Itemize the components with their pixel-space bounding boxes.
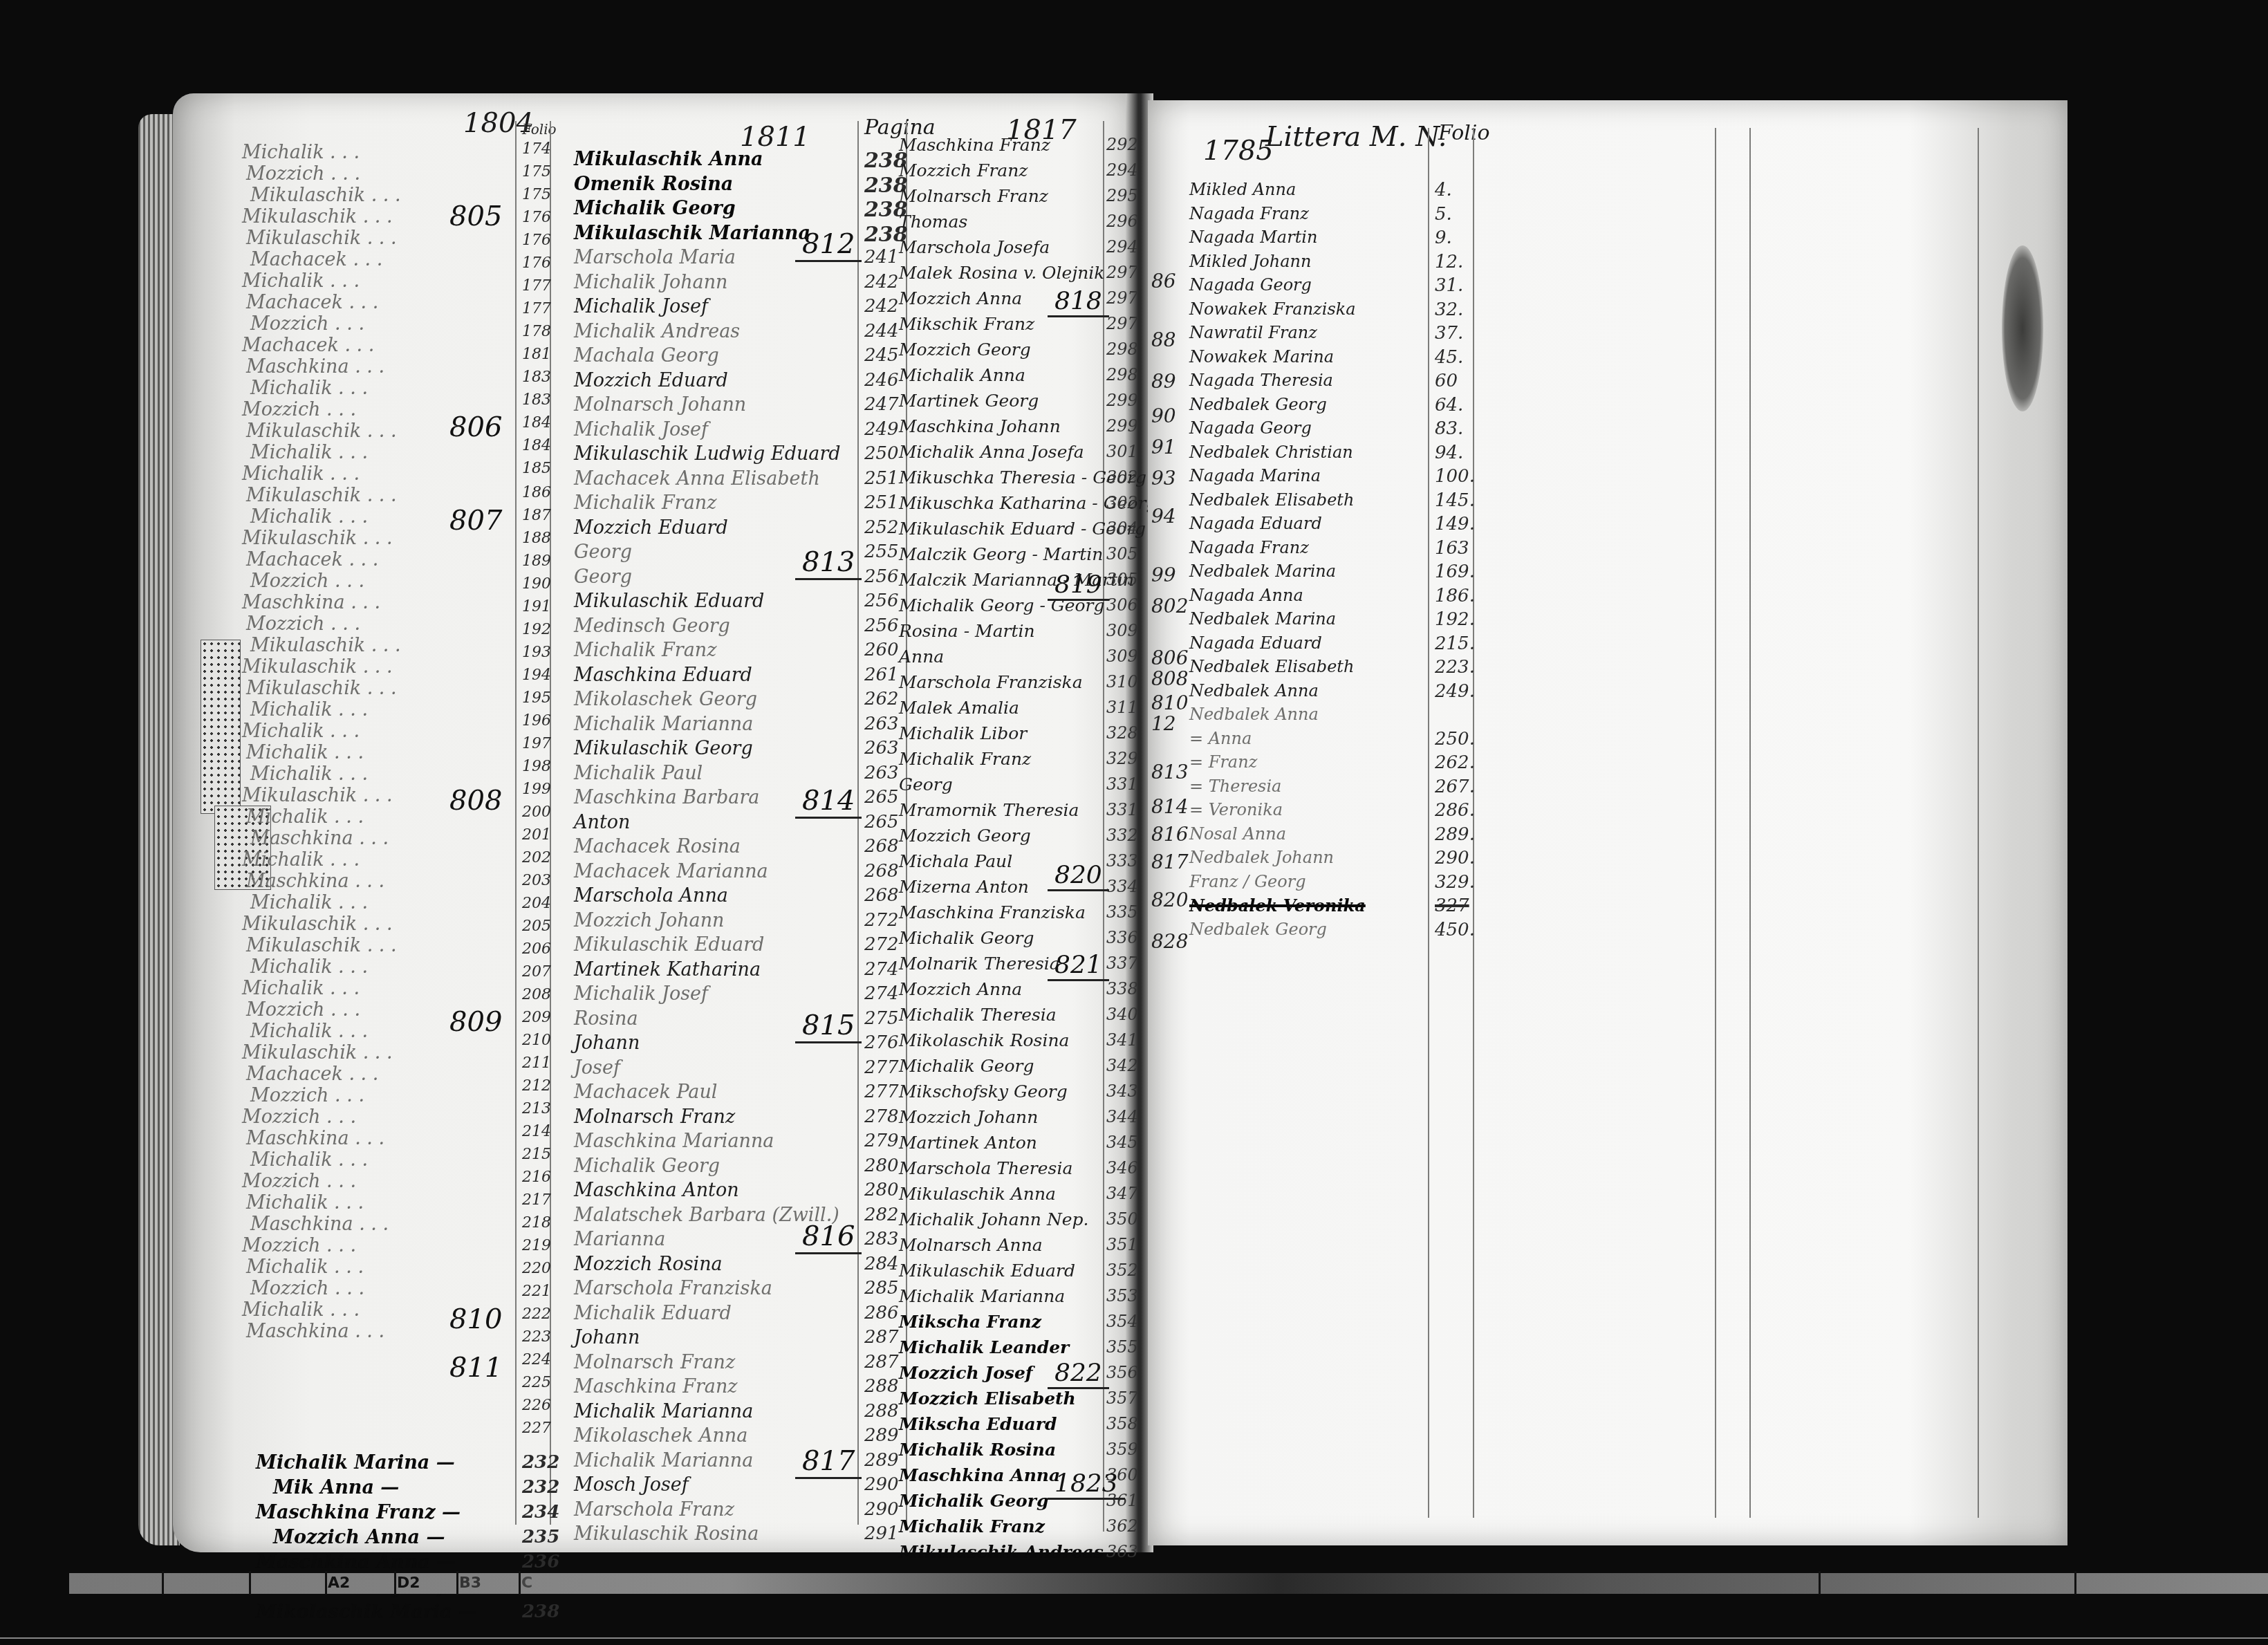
list-item: Mozzich Johann xyxy=(574,910,724,931)
folio-number: 272 xyxy=(864,910,899,931)
list-item: Mozzich Anna — xyxy=(273,1527,445,1548)
list-item: Martinek Katharina xyxy=(574,959,761,981)
ruler-tick xyxy=(519,1571,521,1595)
folio-number: 358 xyxy=(1106,1414,1138,1433)
folio-number: 299 xyxy=(1106,416,1138,436)
list-item: Marschola Franziska xyxy=(899,672,1083,692)
column-rule xyxy=(1473,128,1474,1518)
folio-number: 12. xyxy=(1435,252,1463,272)
folio-number: 356 xyxy=(1106,1363,1138,1382)
list-item: Mozzich Georg xyxy=(899,826,1031,846)
folio-number: 249. xyxy=(1435,681,1475,702)
ruler-tick xyxy=(2074,1571,2076,1595)
folio-number: 210 xyxy=(522,1032,551,1049)
folio-number: 256 xyxy=(864,615,899,636)
folio-number: 212 xyxy=(522,1077,551,1095)
list-item: Mik Anna — xyxy=(273,1477,399,1498)
list-item: Johann xyxy=(574,1327,640,1348)
folio-number: 235 xyxy=(522,1527,559,1548)
folio-number: 241 xyxy=(864,247,899,268)
folio-number: 331 xyxy=(1106,774,1138,794)
dotted-tab-marker xyxy=(201,640,241,814)
year-marker: 817 xyxy=(1151,851,1188,873)
list-item: Michalik . . . xyxy=(242,721,360,742)
list-item: Michalik . . . xyxy=(250,442,368,463)
folio-number: 267. xyxy=(1435,777,1475,797)
folio-number: 226 xyxy=(522,1397,551,1414)
list-item: Machala Georg xyxy=(574,345,719,366)
list-item: Michalik . . . xyxy=(250,699,368,721)
list-item: Mosch Josef xyxy=(574,1474,689,1496)
list-item: Machacek . . . xyxy=(250,249,382,270)
folio-number: 282 xyxy=(864,1205,899,1225)
folio-number: 188 xyxy=(522,530,551,547)
year-marker: 99 xyxy=(1151,564,1176,586)
list-item: Malek Rosina v. Olejnik xyxy=(899,263,1104,283)
folio-number: 357 xyxy=(1106,1388,1138,1408)
folio-number: 215. xyxy=(1435,633,1475,654)
folio-number: 195 xyxy=(522,689,551,707)
list-item: Machacek . . . xyxy=(242,335,374,356)
list-item: Machacek Paul xyxy=(574,1081,717,1103)
folio-number: 256 xyxy=(864,566,899,587)
list-item: Mozzich . . . xyxy=(246,163,360,185)
list-item: Mozzich Johann xyxy=(899,1107,1038,1127)
folio-number: 185 xyxy=(522,460,551,477)
ruler-tick xyxy=(325,1571,327,1595)
folio-number: 198 xyxy=(522,758,551,775)
list-item: Mikulaschik Eduard xyxy=(574,591,764,612)
folio-number: 336 xyxy=(1106,928,1138,947)
list-item: Nowakek Franziska xyxy=(1189,299,1356,319)
list-item: Malczik Georg - Martin xyxy=(899,544,1103,564)
folio-number: 223. xyxy=(1435,657,1475,678)
list-item: Josef xyxy=(574,1057,620,1079)
folio-number: 184 xyxy=(522,437,551,454)
folio-number: 274 xyxy=(864,983,899,1004)
list-item: Machacek . . . xyxy=(246,549,378,570)
folio-number: 225 xyxy=(522,1374,551,1391)
list-item: Mozzich Anna xyxy=(899,288,1022,308)
folio-number: 223 xyxy=(522,1328,551,1346)
folio-number: 149. xyxy=(1435,514,1475,535)
folio-number: 340 xyxy=(1106,1005,1138,1024)
left-page: 1804 Folio Michalik . . .Mozzich . . .Mi… xyxy=(173,93,1131,1552)
folio-number: 251 xyxy=(864,468,899,489)
folio-number: 250. xyxy=(1435,729,1475,750)
list-item: Mozzich Rosina xyxy=(574,1254,723,1275)
list-item: Mozzich Franz xyxy=(899,160,1028,180)
folio-number: 304 xyxy=(1106,519,1138,538)
folio-number: 268 xyxy=(864,885,899,906)
folio-number: 214 xyxy=(522,1123,551,1140)
folio-number: 209 xyxy=(522,1009,551,1026)
folio-number: 176 xyxy=(522,209,551,226)
year-marker: 807 xyxy=(443,505,509,537)
folio-number: 238 xyxy=(522,1601,559,1622)
folio-number: 353 xyxy=(1106,1286,1138,1305)
list-item: Nedbalek Marina xyxy=(1189,609,1336,629)
folio-number: 236 xyxy=(522,1552,559,1572)
list-item: Mikulaschik . . . xyxy=(242,206,393,227)
folio-number: 220 xyxy=(522,1260,551,1277)
year-marker: 805 xyxy=(443,201,509,232)
folio-number: 302 xyxy=(1106,467,1138,487)
folio-number: 177 xyxy=(522,277,551,295)
list-item: Rosina xyxy=(574,1008,638,1030)
list-item: Nedbalek Anna xyxy=(1189,681,1319,700)
list-item: Michalik Leander xyxy=(899,1337,1069,1357)
folio-number: 333 xyxy=(1106,851,1138,871)
list-item: Molnarik Theresia xyxy=(899,954,1060,974)
folio-number: 204 xyxy=(522,895,551,912)
list-item: Mozzich . . . xyxy=(242,1171,356,1192)
list-item: Michalik Johann Nep. xyxy=(899,1209,1089,1229)
list-item: Molnarsch Franz xyxy=(574,1352,735,1373)
list-item: Nedbalek Anna xyxy=(1189,705,1319,724)
list-item: Mikulaschik . . . xyxy=(242,1042,393,1063)
list-item: Michalik Marianna xyxy=(574,1401,753,1422)
year-marker: 816 xyxy=(1151,823,1188,846)
list-item: Johann xyxy=(574,1032,640,1054)
list-item: Franz / Georg xyxy=(1189,872,1306,891)
list-item: Mikulaschik . . . xyxy=(250,635,401,656)
list-item: Michalik . . . xyxy=(250,763,368,785)
folio-number: 351 xyxy=(1106,1235,1138,1254)
folio-number: 175 xyxy=(522,163,551,180)
list-item: Mozzich Anna xyxy=(899,979,1022,999)
list-item: Mikulaschik . . . xyxy=(242,913,393,935)
list-item: = Franz xyxy=(1189,752,1257,772)
year-marker: 89 xyxy=(1151,370,1176,393)
year-marker: 819 xyxy=(1048,570,1109,601)
folio-number: 208 xyxy=(522,986,551,1003)
year-marker: 1823 xyxy=(1048,1469,1125,1500)
folio-number: 200 xyxy=(522,803,551,821)
folio-number: 219 xyxy=(522,1237,551,1254)
folio-number: 262 xyxy=(864,689,899,709)
list-item: = Veronika xyxy=(1189,800,1283,819)
list-item: Malek Amalia xyxy=(899,698,1019,718)
folio-number: 178 xyxy=(522,323,551,340)
folio-number: 218 xyxy=(522,1214,551,1232)
folio-number: 4. xyxy=(1435,180,1452,201)
year-marker: 812 xyxy=(795,228,862,262)
list-item: Maschkina Franziska xyxy=(899,902,1086,922)
year-marker: 820 xyxy=(1151,889,1188,911)
folio-number: 263 xyxy=(864,763,899,783)
folio-number: 341 xyxy=(1106,1030,1138,1050)
folio-number: 261 xyxy=(864,664,899,685)
folio-number: 207 xyxy=(522,963,551,981)
folio-number: 260 xyxy=(864,640,899,660)
list-item: Mikulaschik Marianna xyxy=(574,223,810,244)
year-marker: 802 xyxy=(1151,595,1188,617)
list-item: Michalik Georg xyxy=(899,928,1034,948)
list-item: Omenik Rosina xyxy=(574,174,733,195)
folio-number: 275 xyxy=(864,1008,899,1029)
folio-number: 305 xyxy=(1106,544,1138,564)
list-item: Michalik . . . xyxy=(242,849,360,871)
folio-number: 199 xyxy=(522,781,551,798)
folio-number: 331 xyxy=(1106,800,1138,819)
folio-number: 328 xyxy=(1106,723,1138,743)
year-marker: 815 xyxy=(795,1010,862,1043)
list-item: Machacek . . . xyxy=(246,292,378,313)
folio-number: 183 xyxy=(522,369,551,386)
folio-number: 334 xyxy=(1106,877,1138,896)
list-item: Mozzich Elisabeth xyxy=(899,1388,1076,1409)
column-rule xyxy=(1428,128,1429,1518)
list-item: Maschkina Franz xyxy=(899,135,1050,155)
folio-number: 83. xyxy=(1435,418,1463,439)
list-item: Michalik . . . xyxy=(250,378,368,399)
list-item: Mikulaschik . . . xyxy=(246,420,397,442)
list-item: Nagada Martin xyxy=(1189,227,1317,247)
list-item: Marianna xyxy=(574,1229,665,1250)
folio-number: 245 xyxy=(864,345,899,366)
folio-number: 60 xyxy=(1435,371,1458,391)
list-item: Anton xyxy=(574,812,630,833)
year-marker: 91 xyxy=(1151,436,1176,458)
folio-number: 244 xyxy=(864,321,899,342)
folio-number: 350 xyxy=(1106,1209,1138,1229)
list-item: Mikled Anna xyxy=(1189,180,1296,199)
list-item: Mikschofsky Georg xyxy=(899,1081,1068,1102)
ruler-tick xyxy=(394,1571,396,1595)
list-item: Machacek Rosina xyxy=(574,836,741,857)
folio-number: 9. xyxy=(1435,227,1452,248)
folio-number: 64. xyxy=(1435,395,1463,416)
folio-number: 342 xyxy=(1106,1056,1138,1075)
list-item: Nowakek Marina xyxy=(1189,347,1334,366)
folio-number: 191 xyxy=(522,598,551,615)
list-item: Maschkina Barbara xyxy=(574,787,759,808)
folio-number: 344 xyxy=(1106,1107,1138,1126)
list-item: Martinek Georg xyxy=(899,391,1039,411)
folio-number: 249 xyxy=(864,419,899,440)
folio-number: 280 xyxy=(864,1180,899,1200)
folio-number: 31. xyxy=(1435,275,1463,296)
list-item: Medinsch Georg xyxy=(574,615,730,637)
folio-number: 181 xyxy=(522,346,551,363)
year-marker: 814 xyxy=(1151,795,1188,818)
list-item: Mozzich . . . xyxy=(246,613,360,635)
list-item: Michalik Anna xyxy=(899,365,1025,385)
folio-number: 295 xyxy=(1106,186,1138,205)
list-item: Michalik . . . xyxy=(246,1256,364,1278)
list-item: Michalik . . . xyxy=(250,1021,368,1042)
folio-number: 183 xyxy=(522,391,551,409)
list-item: Mikschik Franz xyxy=(899,314,1034,334)
folio-number: 278 xyxy=(864,1106,899,1127)
folio-number: 346 xyxy=(1106,1158,1138,1178)
column-rule xyxy=(1749,128,1751,1518)
list-item: Michalik Andreas xyxy=(574,321,740,342)
list-item: Georg xyxy=(899,774,953,794)
folio-number: 94. xyxy=(1435,443,1463,463)
folio-number: 246 xyxy=(864,370,899,391)
list-item: Mikolaschik Rosina xyxy=(899,1030,1069,1050)
list-item: Nagada Marina xyxy=(1189,466,1321,485)
list-item: Mikulaschik Ludwig Eduard xyxy=(574,443,841,465)
list-item: Michalik . . . xyxy=(242,978,360,999)
folio-number: 311 xyxy=(1106,698,1138,717)
list-item: Michalik . . . xyxy=(250,1149,368,1171)
folio-number: 193 xyxy=(522,644,551,661)
folio-number: 286. xyxy=(1435,800,1475,821)
right-page-year: 1785 xyxy=(1203,135,1274,167)
list-item: Nedbalek Georg xyxy=(1189,395,1327,414)
folio-number: 289 xyxy=(864,1425,899,1446)
folio-number: 203 xyxy=(522,872,551,889)
folio-number: 232 xyxy=(522,1452,559,1473)
folio-number: 255 xyxy=(864,541,899,562)
folio-number: 227 xyxy=(522,1420,551,1437)
list-item: Nedbalek Marina xyxy=(1189,561,1336,581)
ruler-tick xyxy=(162,1571,164,1595)
list-item: Mikulaschik . . . xyxy=(246,227,397,249)
column-rule xyxy=(857,121,859,1525)
ruler-tick xyxy=(456,1571,458,1595)
folio-number: 196 xyxy=(522,712,551,729)
list-item: Mozzich Josef xyxy=(899,1363,1033,1383)
list-item: Nagada Anna xyxy=(1189,586,1303,605)
list-item: Michalik . . . xyxy=(242,1299,360,1321)
ruler-tick xyxy=(249,1571,251,1595)
folio-number: 189 xyxy=(522,552,551,570)
list-item: Mikulaschik . . . xyxy=(242,785,393,806)
list-item: Maschkina Franz — xyxy=(256,1502,461,1523)
scan-border-line xyxy=(0,1637,2268,1639)
list-item: Maschkina . . . xyxy=(250,828,389,849)
ruler-label: B3 xyxy=(459,1574,481,1592)
folio-number: 338 xyxy=(1106,979,1138,998)
list-item: Rosina - Martin xyxy=(899,621,1035,641)
folio-number: 355 xyxy=(1106,1337,1138,1357)
list-item: Maschkina Marianna xyxy=(574,1131,774,1152)
folio-number: 284 xyxy=(864,1254,899,1274)
folio-number: 174 xyxy=(522,140,551,158)
folio-number: 163 xyxy=(1435,538,1469,559)
folio-number: 279 xyxy=(864,1131,899,1151)
list-item: Maschkina . . . xyxy=(246,356,384,378)
list-item: Michalik Theresia xyxy=(899,1005,1057,1025)
folio-number: 274 xyxy=(864,959,899,980)
folio-number: 343 xyxy=(1106,1081,1138,1101)
folio-number: 362 xyxy=(1106,1516,1138,1536)
ruler-tick xyxy=(1819,1571,1821,1595)
list-item: Nagada Georg xyxy=(1189,418,1312,438)
folio-number: 265 xyxy=(864,812,899,833)
list-item: Maschkina Franz xyxy=(574,1376,738,1397)
year-marker: 813 xyxy=(795,546,862,580)
list-item: Maschkina . . . xyxy=(246,871,384,892)
folio-number: 216 xyxy=(522,1169,551,1186)
folio-number: 298 xyxy=(1106,340,1138,359)
folio-number: 354 xyxy=(1106,1312,1138,1331)
folio-number: 287 xyxy=(864,1327,899,1348)
folio-number: 100. xyxy=(1435,466,1475,487)
folio-number: 272 xyxy=(864,934,899,955)
year-marker: 811 xyxy=(443,1352,509,1384)
list-item: Thomas xyxy=(899,212,967,232)
folio-number: 202 xyxy=(522,849,551,866)
list-item: Mikulaschik Eduard xyxy=(574,934,764,956)
list-item: Nosal Anna xyxy=(1189,824,1286,844)
list-item: Michalik Paul xyxy=(574,763,703,784)
list-item: Michalik Marina — xyxy=(256,1452,455,1474)
column-rule xyxy=(1715,128,1716,1518)
list-item: Michalik . . . xyxy=(250,506,368,528)
list-item: Mikulaschik Georg xyxy=(574,738,753,759)
list-item: Mozzich . . . xyxy=(250,1278,364,1299)
folio-number: 252 xyxy=(864,517,899,538)
list-item: Marschola Josefa xyxy=(899,237,1050,257)
folio-number: 297 xyxy=(1106,288,1138,308)
list-item: Mozzich . . . xyxy=(250,1085,364,1106)
year-marker: 809 xyxy=(443,1006,509,1038)
folio-number: 288 xyxy=(864,1401,899,1422)
list-item: Mikulaschik . . . xyxy=(250,185,401,206)
folio-number: 232 xyxy=(522,1477,559,1498)
list-item: Mozzich . . . xyxy=(242,1235,356,1256)
year-marker: 86 xyxy=(1151,270,1176,292)
folio-number: 329 xyxy=(1106,749,1138,768)
folio-number: 298 xyxy=(1106,365,1138,384)
list-item: Mozzich . . . xyxy=(250,313,364,335)
list-item: Michala Paul xyxy=(899,851,1012,871)
folio-number: 287 xyxy=(864,1352,899,1373)
list-item: Mizerna Anton xyxy=(899,877,1029,897)
list-item: Anna xyxy=(899,647,944,667)
list-item: Michalik . . . xyxy=(242,142,360,163)
folio-number: 352 xyxy=(1106,1261,1138,1280)
right-page-folio-header: Folio xyxy=(1438,121,1490,145)
list-item: Michalik . . . xyxy=(250,892,368,913)
folio-number: 290 xyxy=(864,1499,899,1520)
list-item: Mikulaschik Eduard xyxy=(899,1261,1075,1281)
list-item: Michalik Libor xyxy=(899,723,1027,743)
folio-number: 297 xyxy=(1106,263,1138,282)
list-item: Mikolaschek Georg xyxy=(574,689,757,710)
year-marker: 12 xyxy=(1151,712,1176,735)
list-item: = Anna xyxy=(1189,729,1252,748)
list-item: Nedbalek Elisabeth xyxy=(1189,490,1354,510)
folio-number: 192 xyxy=(522,621,551,638)
folio-number: 205 xyxy=(522,918,551,935)
year-marker: 814 xyxy=(795,785,862,819)
list-item: Nagada Franz xyxy=(1189,204,1309,223)
list-item: Michalik Georg xyxy=(899,1056,1034,1076)
list-item: Molnarsch Franz xyxy=(574,1106,735,1128)
ruler-label: A2 xyxy=(328,1574,350,1592)
folio-number: 177 xyxy=(522,300,551,317)
folio-number: 290 xyxy=(864,1474,899,1495)
list-item: Maschkina . . . xyxy=(250,1214,389,1235)
folio-number: 215 xyxy=(522,1146,551,1163)
list-item: Michalik Josef xyxy=(574,983,708,1005)
folio-number: 242 xyxy=(864,272,899,292)
list-item: Machacek Anna Elisabeth xyxy=(574,468,820,490)
list-item: Marschola Theresia xyxy=(899,1158,1072,1178)
folio-number: 363 xyxy=(1106,1542,1138,1561)
list-item: Nagada Franz xyxy=(1189,538,1309,557)
list-item: Mikulaschik Andreas xyxy=(899,1542,1104,1562)
list-item: Michalik Georg xyxy=(574,1155,720,1177)
folio-number: 221 xyxy=(522,1283,551,1300)
year-marker: 817 xyxy=(795,1445,862,1479)
